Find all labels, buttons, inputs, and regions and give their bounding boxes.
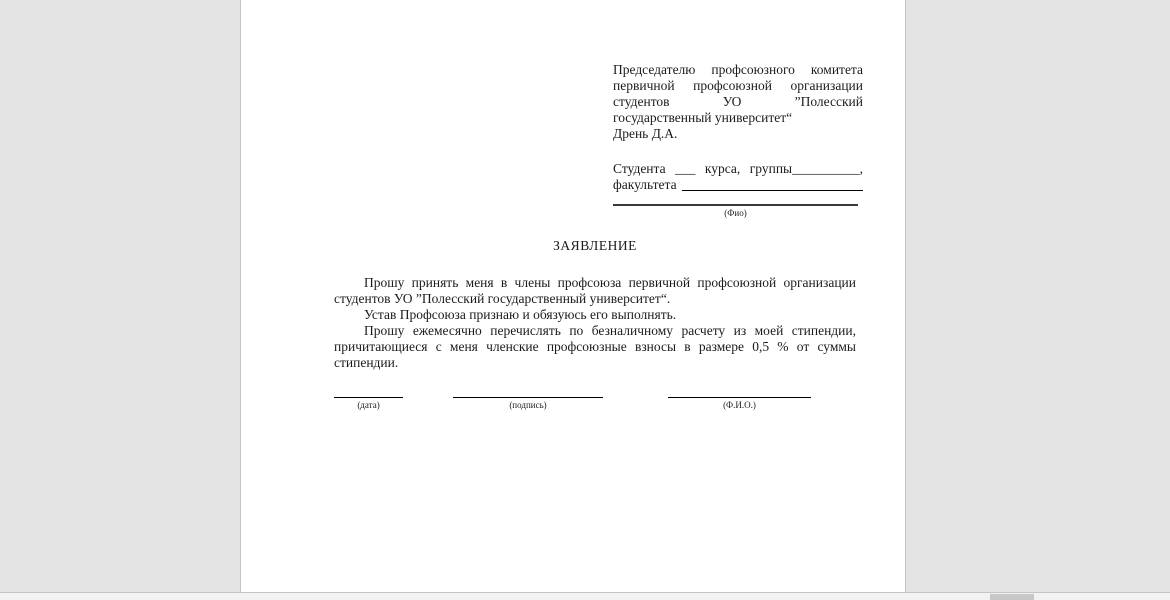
student-course-group-line: Студента ___ курса, группы__________, <box>613 161 863 177</box>
signature-field-signature: (подпись) <box>453 397 603 411</box>
recipient-line: Председателю профсоюзного комитета <box>613 62 863 78</box>
signature-field-date: (дата) <box>334 397 403 411</box>
signature-caption-date: (дата) <box>334 398 403 411</box>
document-viewer: Председателю профсоюзного комитета перви… <box>0 0 1170 600</box>
recipient-line: Дрень Д.А. <box>613 126 863 142</box>
faculty-label: факультета <box>613 177 677 193</box>
recipient-line: первичной профсоюзной организации <box>613 78 863 94</box>
student-info-block: Студента ___ курса, группы__________, фа… <box>613 161 863 193</box>
signature-row: (дата) (подпись) (Ф.И.О.) <box>334 397 856 421</box>
scrollbar-thumb[interactable] <box>990 594 1034 600</box>
recipient-block: Председателю профсоюзного комитета перви… <box>613 62 863 142</box>
signature-caption-signature: (подпись) <box>453 398 603 411</box>
paragraph-membership-request: Прошу принять меня в члены профсоюза пер… <box>334 275 856 307</box>
document-title: ЗАЯВЛЕНИЕ <box>334 238 856 254</box>
fio-caption: (Фио) <box>613 208 858 219</box>
horizontal-scrollbar[interactable] <box>0 592 1170 600</box>
document-page[interactable]: Председателю профсоюзного комитета перви… <box>240 0 906 592</box>
faculty-underline <box>682 178 863 191</box>
paragraph-dues-transfer: Прошу ежемесячно перечислять по безналич… <box>334 323 856 371</box>
paragraph-charter: Устав Профсоюза признаю и обязуюсь его в… <box>334 307 856 323</box>
recipient-line: студентов УО ”Полесский <box>613 94 863 110</box>
document-body: Прошу принять меня в члены профсоюза пер… <box>334 275 856 371</box>
signature-caption-fio: (Ф.И.О.) <box>668 398 811 411</box>
faculty-line: факультета <box>613 177 863 193</box>
signature-field-fio: (Ф.И.О.) <box>668 397 811 411</box>
recipient-line: государственный университет“ <box>613 110 863 126</box>
fio-signature-line <box>613 204 858 206</box>
